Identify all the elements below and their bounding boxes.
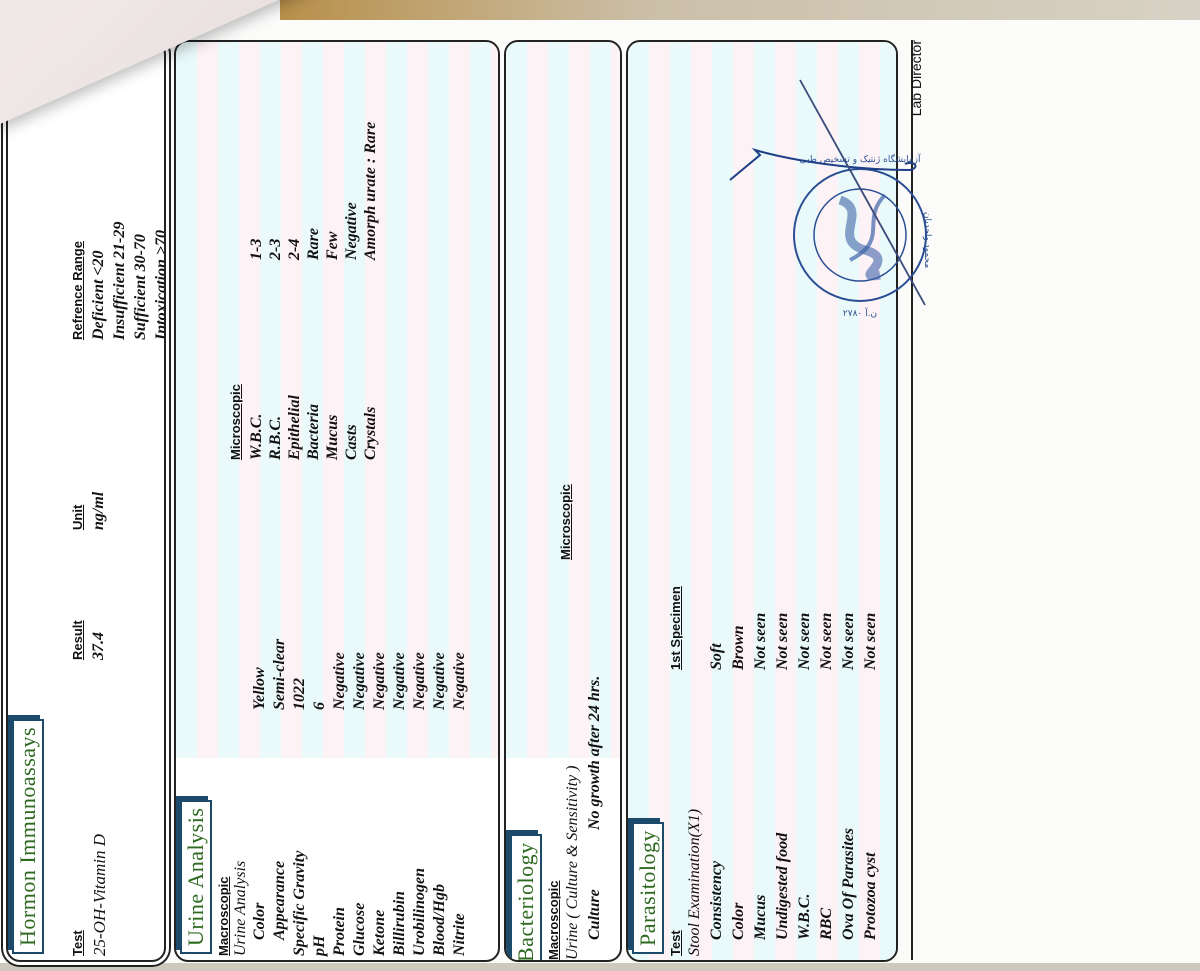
urine-macro-name: Blood/Hgb	[431, 884, 449, 956]
urine-micro-value: 2-4	[286, 239, 304, 260]
urine-micro-name: Bacteria	[305, 404, 323, 460]
parasitology-value: Not seen	[752, 613, 770, 670]
section-title: Parasitology	[632, 822, 664, 954]
urine-macro-value: Yellow	[251, 667, 269, 710]
col-header-range: Refrence Range	[70, 241, 85, 340]
section-title: Hormon Immunoassays	[12, 719, 44, 954]
parasitology-name: Protozoa cyst	[862, 852, 880, 940]
macroscopic-header: Macroscopic	[546, 881, 561, 960]
countertop	[280, 0, 1200, 20]
macroscopic-header: Macroscopic	[216, 877, 231, 956]
urine-micro-value: Amorph urate : Rare	[362, 122, 380, 260]
parasitology-name: Color	[730, 903, 748, 940]
range-line: Intoxication >70	[153, 230, 166, 340]
urine-macro-name: Color	[251, 903, 269, 940]
urine-macro-name: Nitrite	[451, 913, 469, 956]
range-line: Sufficient 30-70	[132, 234, 150, 340]
group-label: Urine Analysis	[232, 861, 250, 956]
microscopic-header: Microscopic	[558, 484, 573, 560]
section-urine-analysis: Urine Analysis Macroscopic Microscopic U…	[174, 40, 500, 962]
urine-macro-value: Negative	[391, 652, 409, 710]
urine-macro-value: Negative	[351, 652, 369, 710]
test-result: 37.4	[90, 632, 108, 660]
range-line: Insufficient 21-29	[111, 222, 129, 340]
urine-macro-value: 1022	[291, 678, 309, 710]
urine-micro-name: W.B.C.	[248, 414, 266, 460]
group-label: Stool Examination(X1)	[686, 809, 704, 956]
range-line: Deficient <20	[90, 250, 108, 340]
parasitology-value: Soft	[708, 643, 726, 670]
col-header-specimen: 1st Specimen	[668, 586, 683, 670]
row-stripes	[506, 42, 620, 758]
urine-macro-value: Negative	[411, 652, 429, 710]
urine-macro-name: pH	[311, 936, 329, 956]
urine-micro-name: Epithelial	[286, 395, 304, 460]
col-header-result: Result	[70, 620, 85, 660]
urine-macro-name: Appearance	[271, 861, 289, 940]
signature-icon	[700, 60, 940, 320]
test-name: Culture	[586, 889, 604, 940]
col-header-test: Test	[668, 930, 683, 956]
test-name: 25-OH-Vitamin D	[90, 834, 110, 956]
urine-macro-value: Semi-clear	[271, 639, 289, 710]
section-bacteriology: Bacteriology Macroscopic Microscopic Uri…	[504, 40, 622, 962]
parasitology-value: Not seen	[862, 613, 880, 670]
parasitology-name: Ova Of Parasites	[840, 828, 858, 940]
microscopic-header: Microscopic	[228, 384, 243, 460]
parasitology-value: Brown	[730, 626, 748, 670]
urine-macro-value: Negative	[331, 652, 349, 710]
urine-macro-name: Billirubin	[391, 891, 409, 956]
urine-micro-value: Negative	[343, 202, 361, 260]
parasitology-name: W.B.C.	[796, 894, 814, 940]
urine-macro-value: Negative	[431, 652, 449, 710]
urine-macro-name: Protein	[331, 907, 349, 956]
countertop-edge	[0, 963, 1200, 971]
urine-micro-value: Few	[324, 232, 342, 260]
urine-macro-value: Negative	[371, 652, 389, 710]
urine-micro-name: R.B.C.	[267, 416, 285, 460]
urine-macro-name: Specific Gravity	[291, 851, 309, 956]
parasitology-name: RBC	[818, 908, 836, 940]
urine-macro-value: Negative	[451, 652, 469, 710]
parasitology-value: Not seen	[818, 613, 836, 670]
parasitology-value: Not seen	[774, 613, 792, 670]
row-stripes	[176, 42, 498, 758]
test-unit: ng/ml	[90, 492, 108, 530]
urine-micro-value: Rare	[305, 228, 323, 260]
test-value: No growth after 24 hrs.	[586, 676, 604, 830]
urine-micro-name: Crystals	[362, 407, 380, 460]
urine-micro-name: Mucus	[324, 415, 342, 460]
parasitology-value: Not seen	[840, 613, 858, 670]
urine-micro-value: 1-3	[248, 239, 266, 260]
group-label: Urine ( Culture & Sensitivity )	[564, 766, 582, 960]
urine-micro-value: 2-3	[267, 239, 285, 260]
parasitology-name: Undigested food	[774, 833, 792, 940]
parasitology-name: Consistency	[708, 861, 726, 940]
urine-macro-value: 6	[311, 702, 329, 710]
col-header-unit: Unit	[70, 505, 85, 530]
parasitology-value: Not seen	[796, 613, 814, 670]
col-header-test: Test	[70, 930, 85, 956]
urine-micro-name: Casts	[343, 424, 361, 460]
urine-macro-name: Ketone	[371, 910, 389, 956]
urine-macro-name: Glucose	[351, 903, 369, 956]
parasitology-name: Mucus	[752, 895, 770, 940]
section-title: Urine Analysis	[180, 800, 212, 954]
urine-macro-name: Urobilinogen	[411, 868, 429, 956]
section-title: Bacteriology	[510, 834, 542, 962]
section-hormone-immunoassays: Hormon Immunoassays Test Result Unit Ref…	[6, 40, 166, 962]
